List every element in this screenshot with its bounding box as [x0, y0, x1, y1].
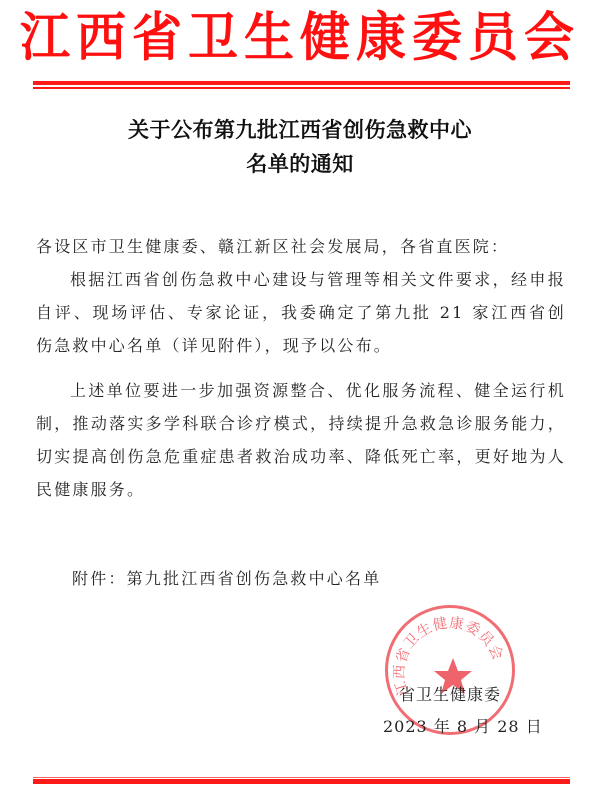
- document-title-line2: 名单的通知: [0, 147, 600, 181]
- date: 2023 年 8 月 28 日: [383, 714, 543, 737]
- paragraph-1: 根据江西省创伤急救中心建设与管理等相关文件要求，经申报自评、现场评估、专家论证，…: [36, 263, 566, 362]
- header-rule-thin: [33, 87, 570, 89]
- footer-rule-thick: [33, 779, 570, 784]
- footer-rule-thin: [33, 777, 570, 778]
- paragraph-2: 上述单位要进一步加强资源整合、优化服务流程、健全运行机制，推动落实多学科联合诊疗…: [36, 374, 566, 506]
- masthead-title: 江西省卫生健康委员会: [0, 4, 600, 69]
- attachment-note: 附件：第九批江西省创伤急救中心名单: [72, 562, 552, 595]
- salutation: 各设区市卫生健康委、赣江新区社会发展局，各省直医院：: [36, 230, 566, 263]
- signature: 省卫生健康委: [399, 682, 501, 705]
- document-title-line1: 关于公布第九批江西省创伤急救中心: [0, 113, 600, 147]
- header-rule-thick: [33, 81, 570, 85]
